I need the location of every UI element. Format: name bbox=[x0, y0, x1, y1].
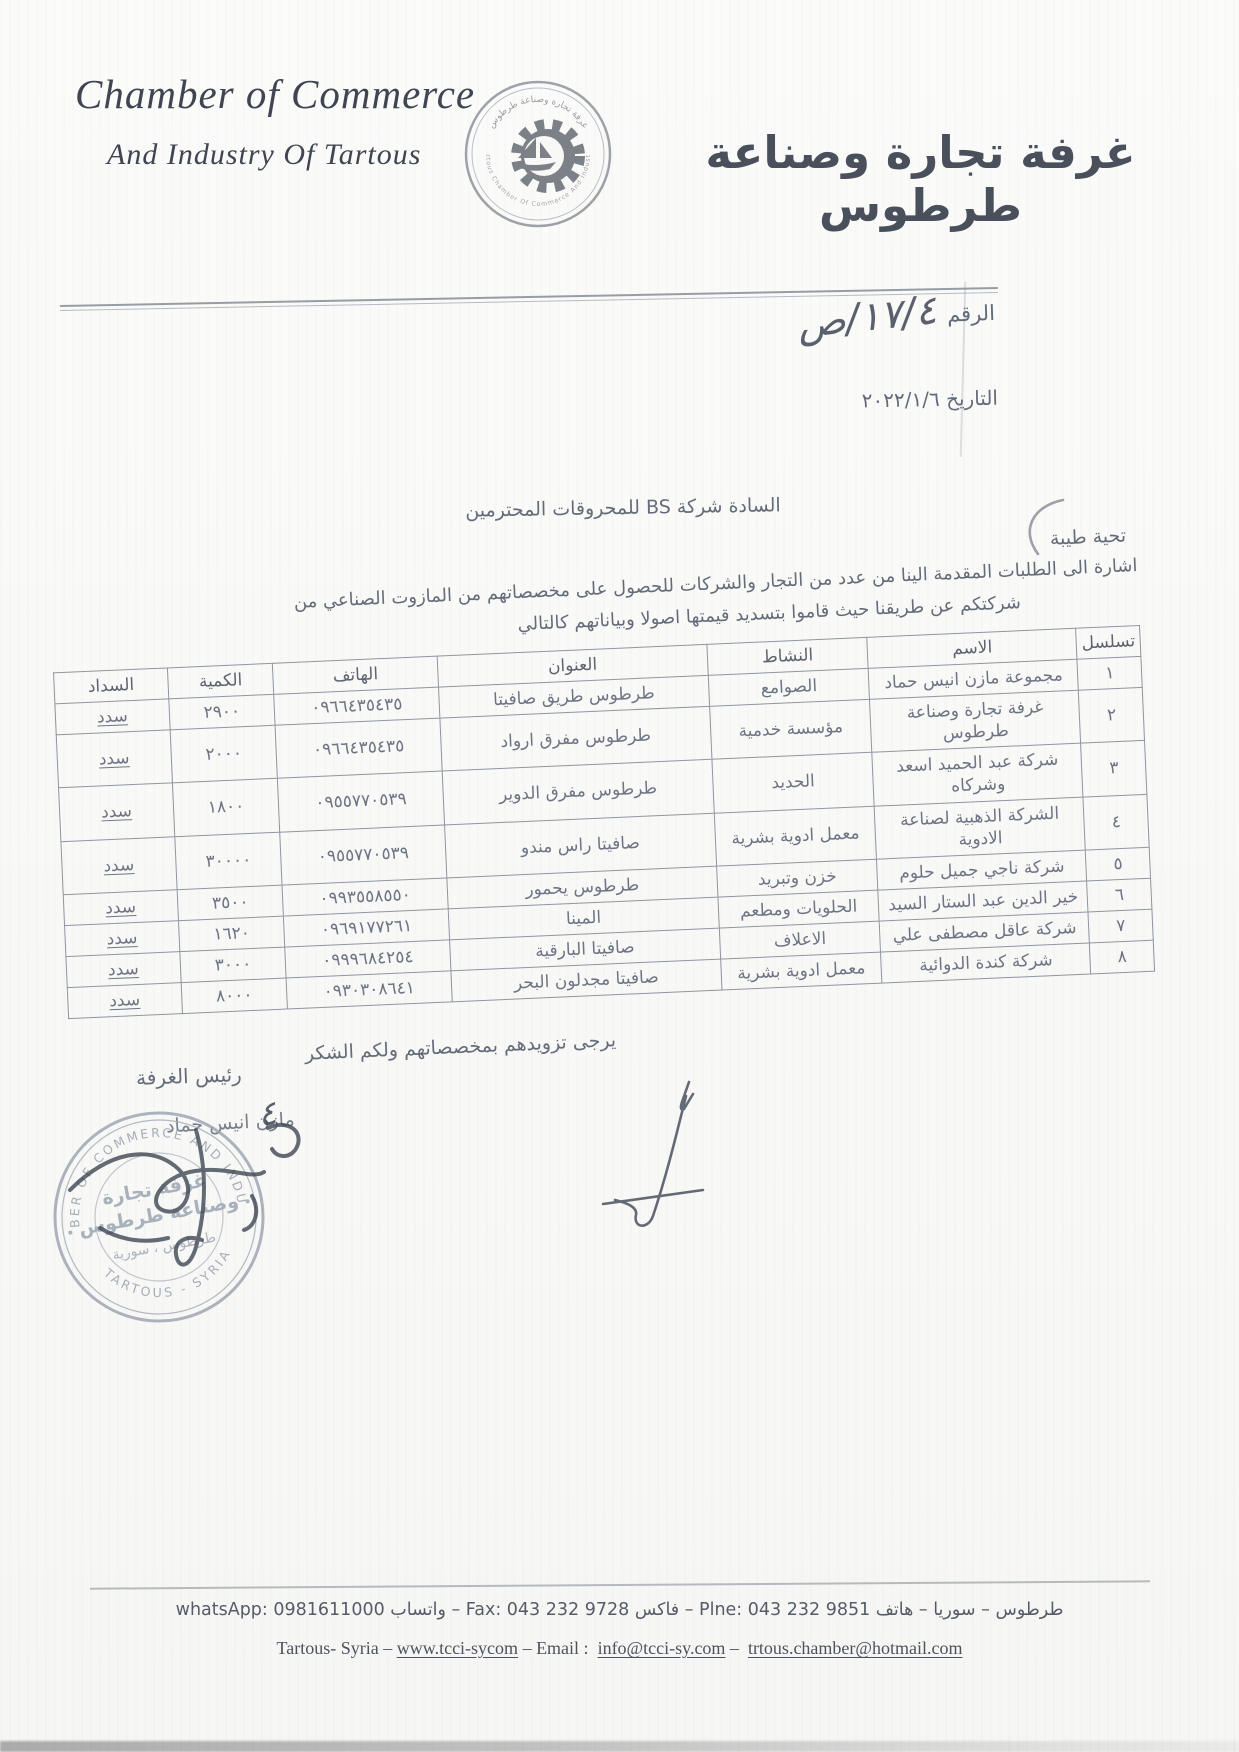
footer-email-secondary: trtous.chamber@hotmail.com bbox=[748, 1638, 963, 1658]
cell-quantity: ٢٩٠٠ bbox=[169, 694, 276, 730]
cell-payment: سدد bbox=[66, 952, 181, 988]
footer-location: Tartous- Syria – bbox=[277, 1638, 397, 1658]
cell-name: غرفة تجارة وصناعة طرطوس bbox=[870, 690, 1081, 752]
allocations-table: تسلسل الاسم النشاط العنوان الهاتف الكمية… bbox=[53, 625, 1155, 1019]
cell-serial: ٨ bbox=[1090, 940, 1155, 974]
col-header-quantity: الكمية bbox=[167, 663, 274, 699]
cell-quantity: ٣٠٠٠٠ bbox=[175, 832, 283, 890]
cell-serial: ١ bbox=[1077, 657, 1142, 691]
col-header-payment: السداد bbox=[54, 668, 169, 704]
footer-contact-line: طرطوس – سوريا – هاتف Plne: 043 232 9851 … bbox=[0, 1600, 1239, 1620]
cell-serial: ٦ bbox=[1087, 878, 1152, 912]
cell-payment: سدد bbox=[65, 921, 180, 957]
cell-quantity: ٨٠٠٠ bbox=[181, 978, 288, 1014]
cell-phone: ٠٩٦٦٤٣٥٤٣٥ bbox=[275, 718, 442, 778]
addressee-line: السادة شركة BS للمحروقات المحترمين bbox=[378, 493, 868, 524]
cell-activity: معمل ادوية بشرية bbox=[721, 952, 883, 990]
cell-serial: ٢ bbox=[1079, 688, 1145, 744]
cell-phone: ٠٩٣٠٣٠٨٦٤١ bbox=[286, 971, 452, 1009]
logo-gear-ship-icon bbox=[514, 125, 579, 187]
cell-quantity: ١٨٠٠ bbox=[172, 779, 280, 837]
cell-serial: ٣ bbox=[1081, 741, 1147, 797]
cell-payment: سدد bbox=[56, 730, 172, 788]
reference-number-value: ١٧/٤/ص bbox=[795, 287, 939, 347]
cell-quantity: ٣٠٠٠ bbox=[180, 947, 287, 983]
footer-divider bbox=[90, 1580, 1150, 1589]
cell-payment: سدد bbox=[59, 783, 175, 841]
cell-phone: ٠٩٥٥٧٧٠٥٣٩ bbox=[278, 771, 445, 831]
cell-payment: سدد bbox=[67, 983, 182, 1019]
cell-serial: ٤ bbox=[1083, 794, 1149, 850]
president-signature-ink bbox=[40, 1078, 350, 1318]
footer-email-primary: info@tcci-sy.com bbox=[598, 1638, 726, 1658]
footer-separator: – bbox=[725, 1638, 748, 1658]
date-label: التاريخ bbox=[946, 386, 998, 411]
cell-quantity: ١٦٢٠ bbox=[178, 916, 285, 952]
cell-name: الشركة الذهبية لصناعة الادوية bbox=[874, 797, 1085, 859]
footer-email-label: – Email : bbox=[518, 1638, 598, 1658]
scan-edge-smudge bbox=[0, 1741, 1239, 1752]
header-english-line1: Chamber of Commerce bbox=[75, 70, 475, 118]
cell-serial: ٧ bbox=[1088, 909, 1153, 943]
letter-body: تحية طيبة اشارة الى الطلبات المقدمة الين… bbox=[29, 524, 1158, 1076]
reference-number-row: ١٧/٤/ص الرقم bbox=[704, 290, 995, 346]
cell-activity: الحديد bbox=[712, 753, 875, 813]
secondary-signature bbox=[585, 1070, 735, 1245]
footer-website: www.tcci-sycom bbox=[397, 1638, 518, 1658]
reference-number-label: الرقم bbox=[947, 301, 996, 327]
cell-payment: سدد bbox=[63, 889, 178, 925]
cell-quantity: ٢٠٠٠ bbox=[170, 725, 278, 783]
col-header-serial: تسلسل bbox=[1076, 625, 1141, 659]
cell-serial: ٥ bbox=[1086, 847, 1151, 881]
cell-phone: ٠٩٥٥٧٧٠٥٣٩ bbox=[280, 825, 447, 885]
cell-payment: سدد bbox=[61, 836, 177, 894]
header-arabic-title: غرفة تجارة وصناعة طرطوس bbox=[648, 126, 1193, 232]
cell-payment: سدد bbox=[55, 699, 170, 735]
cell-activity: مؤسسة خدمية bbox=[710, 699, 873, 759]
footer-web-line: Tartous- Syria – www.tcci-sycom – Email … bbox=[0, 1638, 1239, 1659]
date-value: ٢٠٢٢/١/٦ bbox=[862, 387, 940, 413]
scanned-letter-page: Chamber of Commerce And Industry Of Tart… bbox=[0, 0, 1239, 1752]
date-row: التاريخ ٢٠٢٢/١/٦ bbox=[778, 386, 998, 415]
cell-name: شركة عبد الحميد اسعد وشركاه bbox=[872, 744, 1083, 806]
cell-quantity: ٣٥٠٠ bbox=[177, 885, 284, 921]
chamber-seal-logo-icon: غرفة تجارة وصناعة طرطوس Tartous Chamber … bbox=[462, 78, 614, 230]
cell-activity: معمل ادوية بشرية bbox=[714, 806, 877, 866]
header-english-line2: And Industry Of Tartous bbox=[107, 138, 475, 172]
header-english-title: Chamber of Commerce And Industry Of Tart… bbox=[75, 70, 475, 172]
